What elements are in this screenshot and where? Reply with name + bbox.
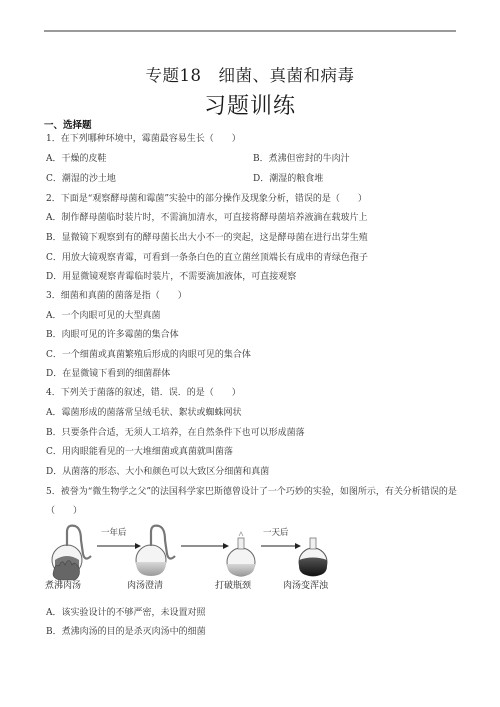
question-5-option-b: B．煮沸肉汤的目的是杀灭肉汤中的细菌 bbox=[46, 624, 206, 637]
caption-broth-turbid: 肉汤变浑浊 bbox=[283, 578, 328, 591]
section-heading: 一、选择题 bbox=[44, 117, 92, 131]
question-1-option-a: A．干燥的皮鞋 bbox=[46, 151, 107, 164]
document-title: 专题18 细菌、真菌和病毒 bbox=[0, 62, 500, 86]
question-4-option-c: C．用肉眼能看见的一大堆细菌或真菌就叫菌落 bbox=[46, 444, 233, 457]
question-2-option-d: D．用显微镜观察青霉临时装片，不需要滴加液体，可直接观察 bbox=[46, 269, 296, 282]
question-1-stem: 1．在下列哪种环境中，霉菌最容易生长（ ） bbox=[46, 131, 241, 144]
caption-break-neck: 打破瓶颈 bbox=[215, 578, 251, 591]
question-4-stem: 4．下列关于菌落的叙述，错．误．的是（ ） bbox=[46, 385, 241, 398]
question-3-option-c: C．一个细菌或真菌繁殖后形成的肉眼可见的集合体 bbox=[46, 347, 251, 360]
question-2-option-c: C．用放大镜观察青霉，可看到一条条白色的直立菌丝顶端长有成串的青绿色孢子 bbox=[46, 250, 368, 263]
question-5-stem-continued: （ ） bbox=[46, 503, 82, 516]
arrow-label-one-day: 一天后 bbox=[263, 526, 289, 538]
pasteur-experiment-figure: 一年后 一天后 煮沸肉汤 肉汤澄清 打破瓶颈 肉汤变浑浊 bbox=[45, 522, 345, 592]
question-1-option-b: B．煮沸但密封的牛肉汁 bbox=[253, 151, 350, 164]
question-3-option-a: A．一个肉眼可见的大型真菌 bbox=[46, 308, 161, 321]
flask-diagram-icon bbox=[45, 522, 345, 582]
question-4-option-b: B．只要条件合适，无须人工培养，在自然条件下也可以形成菌落 bbox=[46, 425, 305, 438]
caption-boil-broth: 煮沸肉汤 bbox=[45, 578, 81, 591]
question-3-stem: 3．细菌和真菌的菌落是指（ ） bbox=[46, 288, 187, 301]
question-3-option-b: B．肉眼可见的许多霉菌的集合体 bbox=[46, 327, 179, 340]
caption-broth-clear: 肉汤澄清 bbox=[127, 578, 163, 591]
document-subtitle: 习题训练 bbox=[0, 89, 500, 120]
question-2-stem: 2．下面是“观察酵母菌和霉菌”实验中的部分操作及现象分析，错误的是（ ） bbox=[46, 191, 367, 204]
question-5-option-a: A．该实验设计的不够严密，未设置对照 bbox=[46, 605, 206, 618]
question-3-option-d: D．在显微镜下看到的细菌群体 bbox=[46, 366, 170, 379]
question-4-option-d: D．从菌落的形态、大小和颜色可以大致区分细菌和真菌 bbox=[46, 464, 269, 477]
header-rule bbox=[44, 30, 456, 32]
question-5-stem: 5．被誉为“微生物学之父”的法国科学家巴斯德曾设计了一个巧妙的实验，如图所示，有… bbox=[46, 484, 457, 497]
question-2-option-a: A．制作酵母菌临时装片时，不需滴加清水，可直接将酵母菌培养液滴在载玻片上 bbox=[46, 210, 368, 223]
question-1-option-d: D．潮湿的粮食堆 bbox=[253, 171, 323, 184]
arrow-label-one-year: 一年后 bbox=[101, 526, 127, 538]
question-2-option-b: B．显微镜下观察到有的酵母菌长出大小不一的突起，这是酵母菌在进行出芽生殖 bbox=[46, 230, 368, 243]
question-4-option-a: A．霉菌形成的菌落常呈绒毛状、絮状或蜘蛛网状 bbox=[46, 405, 242, 418]
question-1-option-c: C．潮湿的沙土地 bbox=[46, 171, 116, 184]
